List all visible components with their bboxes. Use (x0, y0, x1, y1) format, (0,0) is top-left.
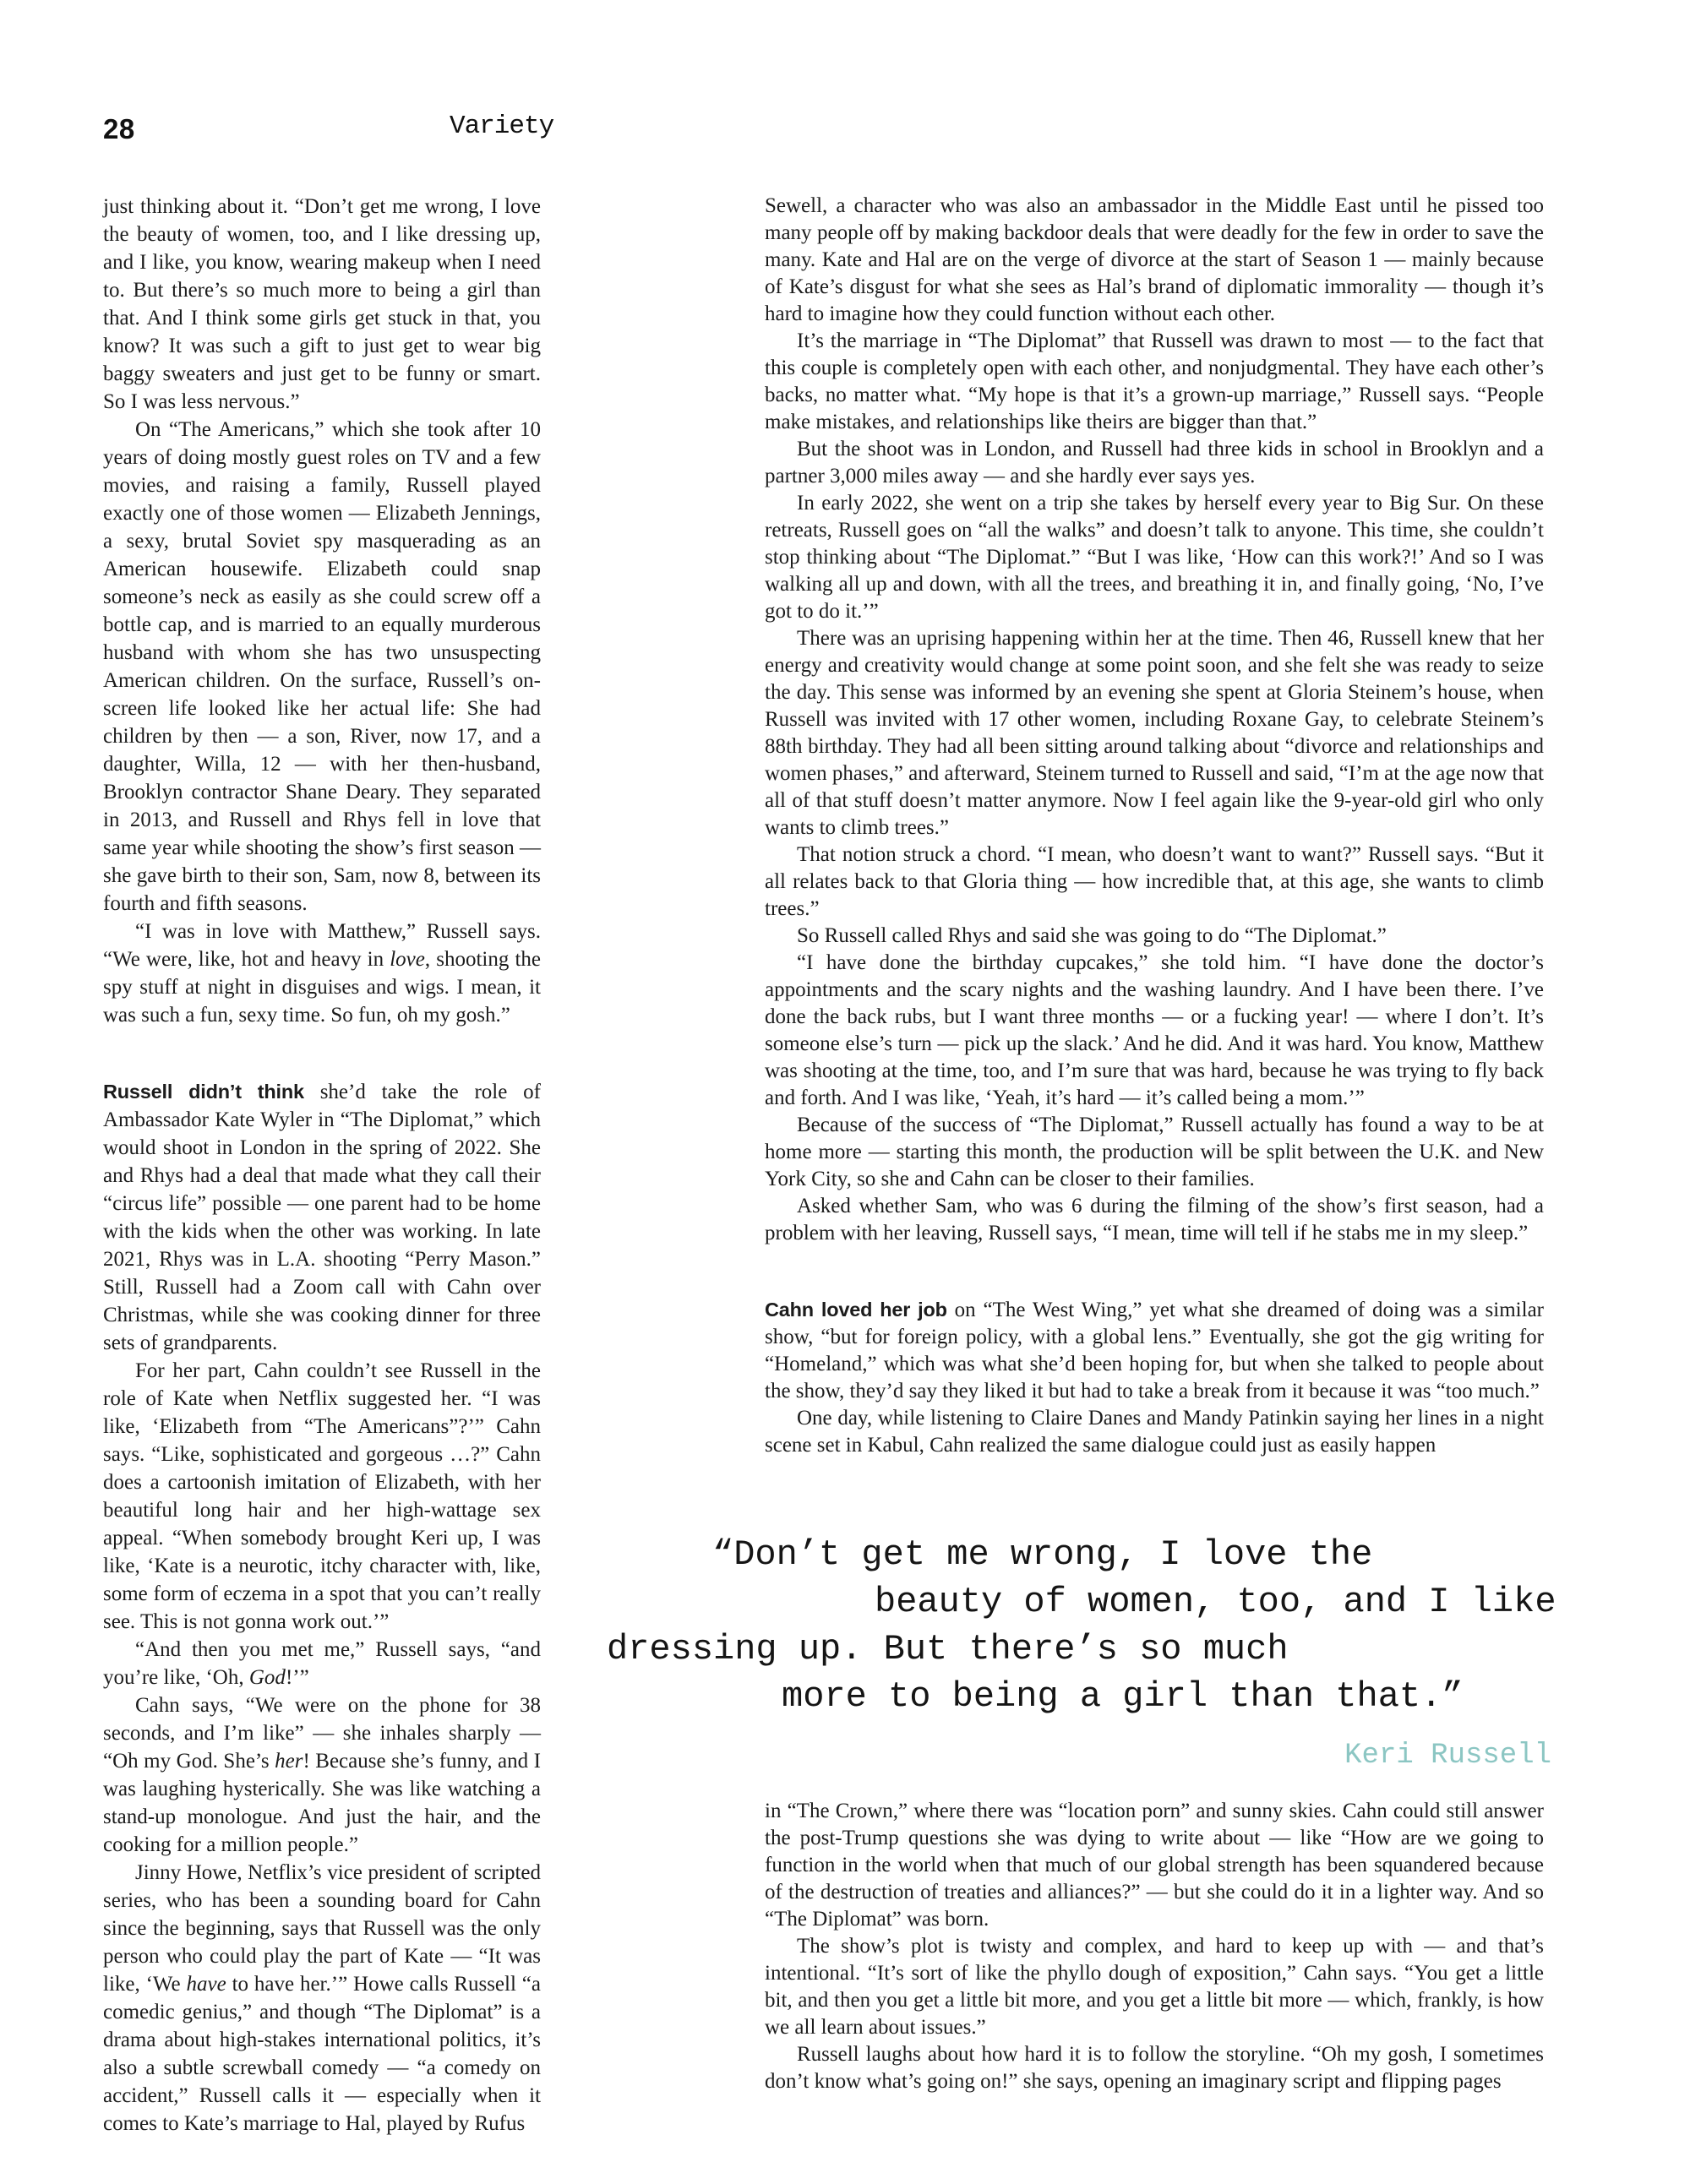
text-segment: On “The Americans,” which she took after… (103, 418, 541, 915)
paragraph: On “The Americans,” which she took after… (103, 416, 541, 918)
right-column-bottom: in “The Crown,” where there was “locatio… (765, 1798, 1544, 2095)
paragraph: Jinny Howe, Netflix’s vice president of … (103, 1859, 541, 2138)
paragraph: Asked whether Sam, who was 6 during the … (765, 1193, 1544, 1247)
text-segment-bold-sans: Cahn loved her job (765, 1299, 947, 1321)
page-number: 28 (103, 113, 135, 145)
pull-quote-line: more to being a girl than that.” (782, 1673, 1555, 1720)
pull-quote-line: beauty of women, too, and I like (875, 1578, 1555, 1626)
brand-variety: Variety (450, 112, 553, 141)
text-segment: In early 2022, she went on a trip she ta… (765, 492, 1544, 623)
text-segment: There was an uprising happening within h… (765, 627, 1544, 839)
paragraph: For her part, Cahn couldn’t see Russell … (103, 1357, 541, 1636)
paragraph: The show’s plot is twisty and complex, a… (765, 1933, 1544, 2041)
pull-quote-line: “Don’t get me wrong, I love the (712, 1531, 1555, 1578)
paragraph: In early 2022, she went on a trip she ta… (765, 490, 1544, 625)
paragraph: just thinking about it. “Don’t get me wr… (103, 193, 541, 416)
paragraph: There was an uprising happening within h… (765, 625, 1544, 841)
paragraph: Cahn says, “We were on the phone for 38 … (103, 1691, 541, 1859)
paragraph: “I was in love with Matthew,” Russell sa… (103, 918, 541, 1029)
paragraph: That notion struck a chord. “I mean, who… (765, 841, 1544, 923)
text-segment: So Russell called Rhys and said she was … (797, 924, 1387, 947)
paragraph: It’s the marriage in “The Diplomat” that… (765, 328, 1544, 436)
text-segment: “And then you met me,” Russell says, “an… (103, 1638, 541, 1689)
text-segment: in “The Crown,” where there was “locatio… (765, 1800, 1544, 1931)
pull-quote-line: dressing up. But there’s so much (607, 1626, 1555, 1673)
text-segment: “I have done the birthday cupcakes,” she… (765, 951, 1544, 1109)
text-segment: For her part, Cahn couldn’t see Russell … (103, 1359, 541, 1633)
magazine-page: 28 Variety just thinking about it. “Don’… (0, 0, 1690, 2184)
left-column: just thinking about it. “Don’t get me wr… (103, 193, 541, 2138)
text-segment: One day, while listening to Claire Danes… (765, 1407, 1544, 1457)
text-segment: just thinking about it. “Don’t get me wr… (103, 195, 541, 413)
paragraph: Russell didn’t think she’d take the role… (103, 1078, 541, 1357)
text-segment: It’s the marriage in “The Diplomat” that… (765, 330, 1544, 433)
text-segment: Because of the success of “The Diplomat,… (765, 1114, 1544, 1190)
text-segment: But the shoot was in London, and Russell… (765, 438, 1544, 487)
paragraph: in “The Crown,” where there was “locatio… (765, 1798, 1544, 1933)
pull-quote: “Don’t get me wrong, I love thebeauty of… (591, 1531, 1555, 1779)
text-segment: to have her.’” Howe calls Russell “a com… (103, 1973, 541, 2135)
text-segment: Sewell, a character who was also an amba… (765, 194, 1544, 325)
paragraph: Cahn loved her job on “The West Wing,” y… (765, 1296, 1544, 1405)
text-segment-bold-sans: Russell didn’t think (103, 1081, 304, 1103)
text-segment-italic: her (275, 1750, 303, 1773)
text-segment: she’d take the role of Ambassador Kate W… (103, 1081, 541, 1354)
text-segment-italic: God (249, 1666, 286, 1689)
text-segment: That notion struck a chord. “I mean, who… (765, 843, 1544, 920)
right-column-top: Sewell, a character who was also an amba… (765, 193, 1544, 1459)
paragraph: Russell laughs about how hard it is to f… (765, 2041, 1544, 2095)
text-segment: Russell laughs about how hard it is to f… (765, 2043, 1544, 2093)
paragraph: “I have done the birthday cupcakes,” she… (765, 950, 1544, 1112)
paragraph: But the shoot was in London, and Russell… (765, 436, 1544, 490)
text-segment: Asked whether Sam, who was 6 during the … (765, 1195, 1544, 1244)
paragraph: So Russell called Rhys and said she was … (765, 923, 1544, 950)
paragraph: Sewell, a character who was also an amba… (765, 193, 1544, 328)
pull-quote-attribution: Keri Russell (591, 1732, 1555, 1779)
paragraph: “And then you met me,” Russell says, “an… (103, 1636, 541, 1691)
text-segment-italic: love (390, 948, 425, 971)
text-segment: The show’s plot is twisty and complex, a… (765, 1935, 1544, 2039)
text-segment: !’” (286, 1666, 309, 1689)
pull-quote-lines: “Don’t get me wrong, I love thebeauty of… (591, 1531, 1555, 1720)
paragraph: Because of the success of “The Diplomat,… (765, 1112, 1544, 1193)
paragraph: One day, while listening to Claire Danes… (765, 1405, 1544, 1459)
text-segment-italic: have (187, 1973, 226, 1996)
